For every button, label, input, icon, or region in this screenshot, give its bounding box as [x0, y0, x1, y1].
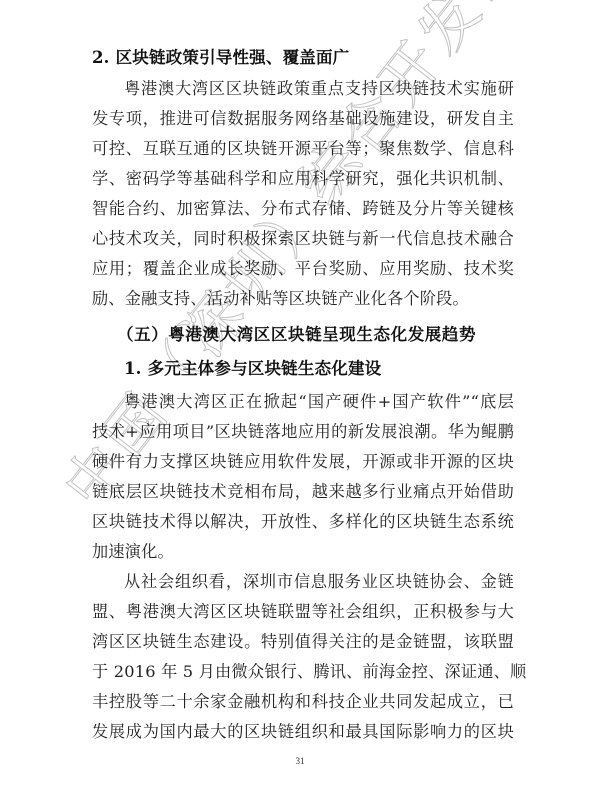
subsection-heading-policy: 2. 区块链政策引导性强、覆盖面广	[92, 43, 514, 73]
paragraph-line: 粤港澳大湾区区块链政策重点支持区块链技术实施研	[124, 74, 514, 104]
paragraph-line: 从社会组织看，深圳市信息服务业区块链协会、金链	[124, 567, 514, 597]
page-number: 31	[0, 756, 600, 766]
paragraph-line: 应用；覆盖企业成长奖励、平台奖励、应用奖励、技术奖	[92, 254, 514, 284]
paragraph-line: 盟、粤港澳大湾区区块链联盟等社会组织，正积极参与大	[92, 597, 514, 627]
paragraph-line: 技术+应用项目”区块链落地应用的新发展浪潮。华为鲲鹏	[92, 417, 514, 447]
paragraph-line: 加速演化。	[92, 537, 514, 567]
paragraph-line: 发专项，推进可信数据服务网络基础设施建设，研发自主	[92, 104, 514, 134]
paragraph-line: 丰控股等二十余家金融机构和科技企业共同发起成立，已	[92, 687, 514, 717]
document-page: 中国（深圳）综合开发研究院 2. 区块链政策引导性强、覆盖面广 粤港澳大湾区区块…	[0, 0, 600, 788]
paragraph-line: 湾区区块链生态建设。特别值得关注的是金链盟，该联盟	[92, 627, 514, 657]
section-heading-ecosystem: （五）粤港澳大湾区区块链呈现生态化发展趋势	[117, 320, 507, 350]
paragraph-line: 心技术攻关，同时积极探索区块链与新一代信息技术融合	[92, 224, 514, 254]
paragraph-line: 硬件有力支撑区块链应用软件发展，开源或非开源的区块	[92, 447, 514, 477]
paragraph-line: 粤港澳大湾区正在掀起“国产硬件+国产软件”“底层	[124, 387, 514, 417]
paragraph-line: 学、密码学等基础科学和应用科学研究，强化共识机制、	[92, 164, 514, 194]
paragraph-line: 区块链技术得以解决，开放性、多样化的区块链生态系统	[92, 507, 514, 537]
paragraph-line: 于 2016 年 5 月由微众银行、腾讯、前海金控、深证通、顺	[92, 657, 514, 687]
paragraph-line: 智能合约、加密算法、分布式存储、跨链及分片等关键核	[92, 194, 514, 224]
paragraph-line: 链底层区块链技术竞相布局，越来越多行业痛点开始借助	[92, 477, 514, 507]
paragraph-line: 可控、互联互通的区块链开源平台等；聚焦数学、信息科	[92, 134, 514, 164]
subsection-heading-multi-party: 1. 多元主体参与区块链生态化建设	[124, 354, 514, 384]
paragraph-line: 发展成为国内最大的区块链组织和最具国际影响力的区块	[92, 717, 514, 747]
paragraph-line: 励、金融支持、活动补贴等区块链产业化各个阶段。	[92, 284, 514, 314]
